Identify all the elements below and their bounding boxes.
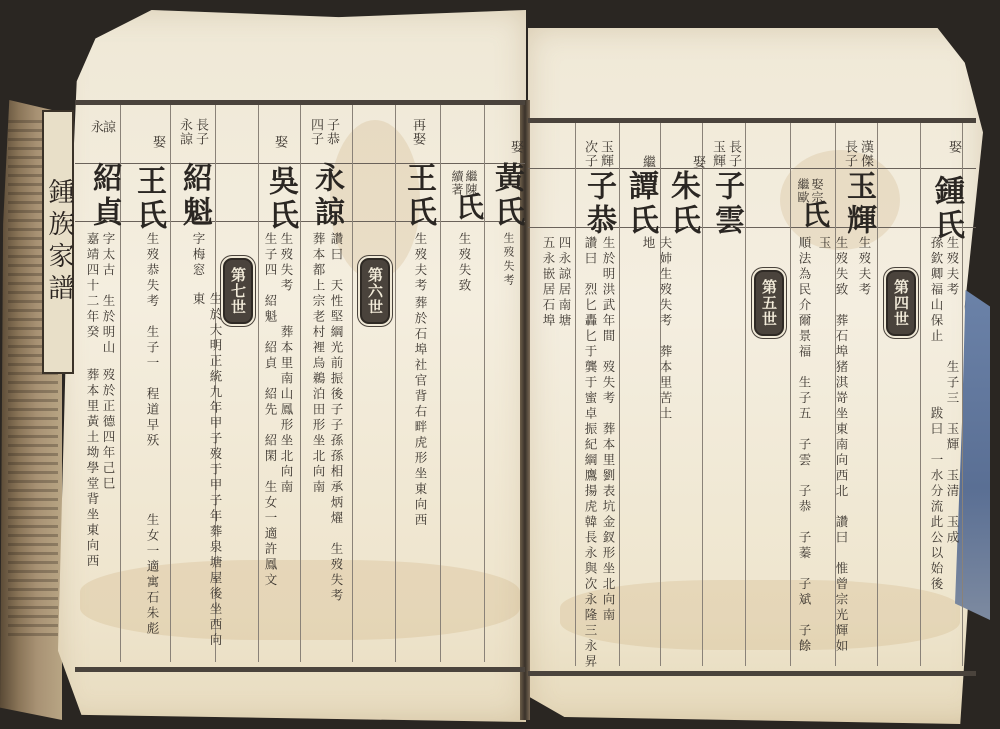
open-book: 鍾族家譜 永 諒 紹貞 字太古 生於明山 嘉靖四十二年癸 歿於正德四年己巳 葬本… — [0, 0, 1000, 729]
column-divider — [745, 123, 746, 666]
column-divider — [352, 105, 353, 662]
generation-badge-5: 第五世 — [754, 270, 784, 336]
column-divider — [790, 123, 791, 666]
biography-text: 葬於石埠社官背右畔虎形坐東向西 — [412, 296, 429, 576]
generation-badge-6: 第六世 — [360, 258, 390, 324]
biography-text: 生歿失考 葬本里南山鳳形坐北向南 — [278, 232, 295, 612]
relation-label: 娶 — [508, 140, 522, 154]
relation-label: 繼 — [640, 155, 654, 169]
biography-text: 生歿失致 葬石埠猪淇嵜坐東南向西北 讚曰 惟曾宗光輝如玉 — [816, 236, 850, 666]
biography-text: 讚曰 天性堅綱光前振後子子孫孫相承炳燿 生歿失考 — [328, 232, 345, 652]
biography-text: 生於大明正統九年甲子歿于甲子年葬泉塘屋後坐西向東 — [190, 292, 224, 662]
column-divider — [575, 123, 576, 666]
relation-label: 漢傑 長子 — [842, 140, 872, 168]
biography-text: 孫欽卿福山保止 跋曰 一水分流此公以始後 — [928, 236, 945, 656]
person-name: 王氏 — [402, 162, 434, 230]
biography-text: 生歿失考 — [500, 232, 517, 302]
biography-text: 五永嵌居石埠 — [540, 236, 557, 406]
column-divider — [395, 105, 396, 662]
person-name: 黃氏 — [490, 162, 522, 230]
person-name: 譚氏 — [624, 170, 656, 238]
column-divider — [877, 123, 878, 666]
biography-text: 生於明洪武年間 歿失考 葬本里劉表坑金釵形坐北向南 — [600, 236, 617, 656]
relation-label: 長子 玉輝 — [710, 140, 740, 168]
biography-text: 生歿夫考 生子三 玉輝 玉清 玉成 — [944, 236, 961, 656]
person-name: 朱氏 — [666, 170, 698, 238]
person-name: 氏 — [798, 200, 830, 232]
person-name: 玉輝 — [842, 170, 874, 238]
biography-text: 讚曰 烈匕轟匕于龔于蜜卓振紀綱鷹揚虎韓長永與次永隆三永昇 — [582, 236, 599, 676]
biography-text: 生女一適寓石朱彪 — [144, 482, 161, 642]
person-name: 吳氏 — [264, 165, 296, 233]
relation-label: 娶 — [150, 135, 164, 149]
person-name: 永諒 — [310, 162, 342, 230]
biography-text: 生歿夫考 — [412, 232, 429, 302]
book-title-label: 鍾族家譜 — [42, 110, 74, 374]
biography-text: 字梅窓 — [190, 232, 207, 292]
person-name: 紹貞 — [88, 162, 120, 230]
row-divider — [528, 168, 976, 169]
column-divider — [619, 123, 620, 666]
column-divider — [440, 105, 441, 662]
person-name: 王氏 — [132, 165, 164, 233]
biography-text: 生子四 紹魁 紹貞 紹先 紹閑 生女一適許鳳文 — [262, 232, 279, 652]
relation-label: 娶 — [690, 155, 704, 169]
column-divider — [920, 123, 921, 666]
relation-label: 玉輝 次子 — [582, 140, 612, 168]
column-divider — [170, 105, 171, 662]
biography-text: 四永諒居南塘 — [556, 236, 573, 406]
biography-text: 生歿夫考 — [856, 236, 873, 316]
relation-label: 再娶 — [410, 118, 424, 146]
column-divider — [300, 105, 301, 662]
column-divider — [702, 123, 703, 666]
relation-label: 長子 永諒 — [177, 118, 207, 146]
biography-text: 歿於正德四年己巳 — [100, 368, 117, 588]
person-name: 子恭 — [582, 170, 614, 238]
column-divider — [258, 105, 259, 662]
person-name: 紹魁 — [178, 162, 210, 230]
biography-text: 葬本里黃土坳學堂背坐東向西 — [84, 368, 101, 598]
biography-text: 葬本都上宗老村裡烏鵜泊田形坐北向南 — [310, 232, 327, 562]
person-name: 鍾氏 — [930, 175, 962, 243]
relation-label: 子恭 四子 — [308, 118, 338, 146]
generation-badge-4: 第四世 — [886, 270, 916, 336]
column-divider — [484, 105, 485, 662]
biography-text: 生歿失致 — [456, 232, 473, 312]
person-name: 氏 — [452, 192, 484, 224]
person-name: 子雲 — [710, 170, 742, 238]
biography-text: 生歿恭失考 生子一 程道早殀 — [144, 232, 161, 482]
biography-text: 順法為民介爾景福 生子五 子雲 子恭 子蓁 子斌 子餘 — [796, 236, 813, 666]
relation-label: 娶 — [946, 140, 960, 154]
generation-badge-7: 第七世 — [223, 258, 253, 324]
biography-text: 夫姉生歿失考 葬本里苦土地 — [640, 236, 674, 436]
relation-label: 娶 — [272, 135, 286, 149]
relation-label: 諒 — [100, 120, 114, 134]
